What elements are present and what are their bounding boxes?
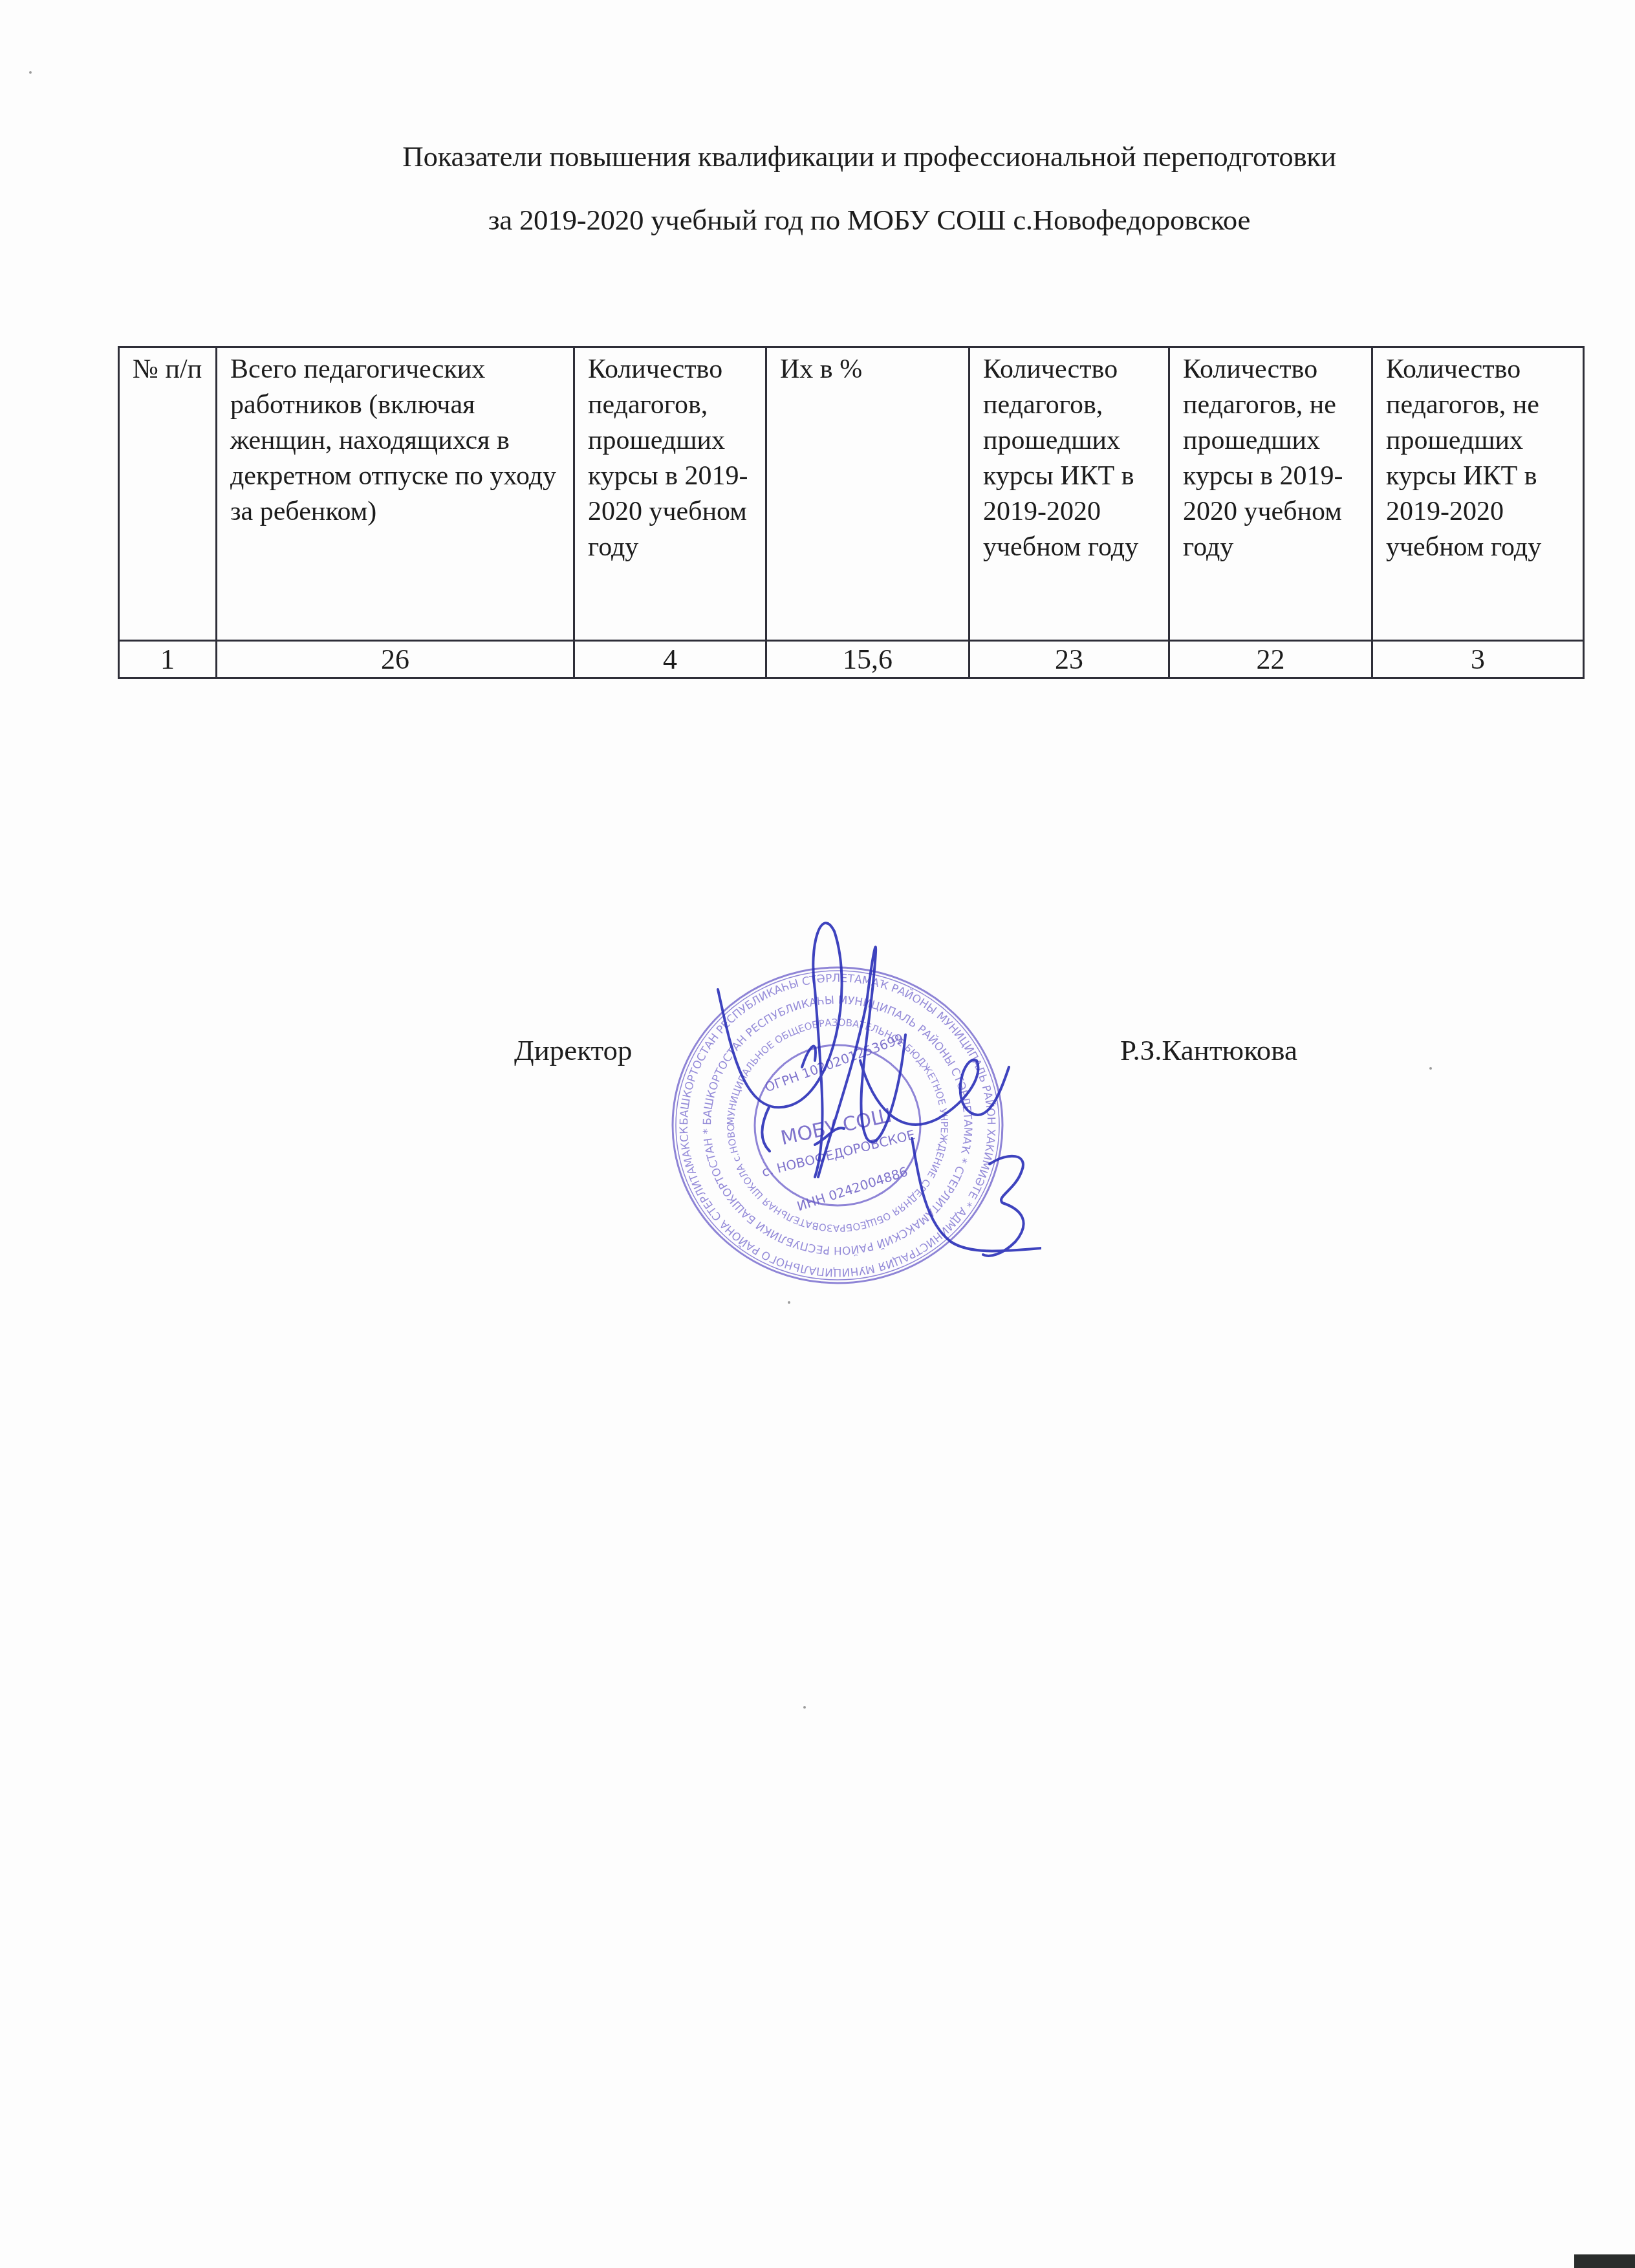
cell-trained-count: 4 [574,641,766,678]
document-title-line-2: за 2019-2020 учебный год по МОБУ СОШ с.Н… [52,206,1635,235]
scan-edge-artifact [1574,2254,1635,2268]
handwritten-signature-icon [705,905,1041,1293]
scan-speck [1429,1067,1432,1070]
director-name: Р.З.Кантюкова [1120,1033,1297,1067]
director-label: Директор [514,1033,633,1067]
cell-ict-not-trained: 3 [1372,641,1584,678]
header-cell-trained-count: Количество педагогов, прошедших курсы в … [574,347,766,641]
scan-speck [29,71,32,74]
header-cell-ict-not-trained: Количество педагогов, не прошедших курсы… [1372,347,1584,641]
header-cell-ict-trained: Количество педагогов, прошедших курсы ИК… [969,347,1169,641]
cell-percent: 15,6 [766,641,969,678]
cell-not-trained: 22 [1169,641,1372,678]
header-cell-total-staff: Всего педагогических работников (включая… [217,347,574,641]
scan-speck [803,1706,806,1709]
cell-number: 1 [119,641,217,678]
header-cell-not-trained: Количество педагогов, не прошедших курсы… [1169,347,1372,641]
qualification-table: № п/п Всего педагогических работников (в… [118,346,1585,679]
cell-total-staff: 26 [217,641,574,678]
table-row: 1 26 4 15,6 23 22 3 [119,641,1584,678]
header-cell-number: № п/п [119,347,217,641]
scan-speck [788,1301,790,1304]
cell-ict-trained: 23 [969,641,1169,678]
header-cell-percent: Их в % [766,347,969,641]
document-title-line-1: Показатели повышения квалификации и проф… [52,142,1635,171]
table-header-row: № п/п Всего педагогических работников (в… [119,347,1584,641]
